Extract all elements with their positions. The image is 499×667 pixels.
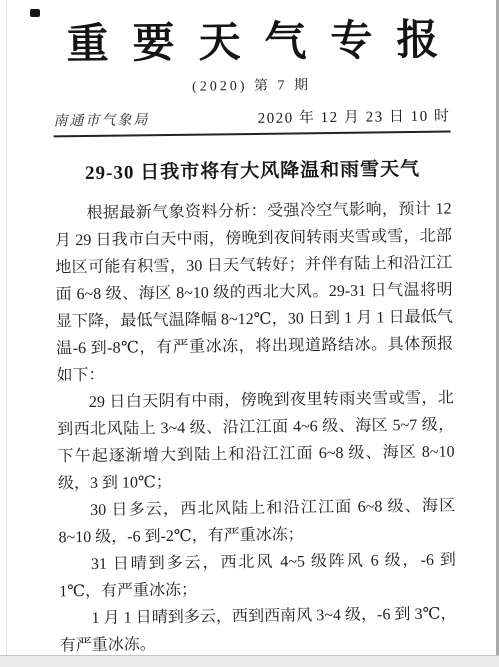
- document-title: 重要天气专报: [52, 18, 450, 69]
- header-divider: [54, 131, 451, 138]
- body-paragraph: 30 日多云，西北风陆上和沿江江面 6~8 级、海区 8~10 级，-6 到-2…: [58, 493, 456, 552]
- header-meta-row: 南通市气象局 2020 年 12 月 23 日 10 时: [53, 105, 450, 131]
- document-page: 重要天气专报 (2020) 第 7 期 南通市气象局 2020 年 12 月 2…: [0, 0, 499, 667]
- bulletin-headline: 29-30 日我市将有大风降温和雨雪天气: [54, 154, 451, 186]
- photo-edge-bottom: [0, 655, 499, 667]
- body-paragraph: 1 月 1 日晴到多云，西到西南风 3~4 级，-6 到 3℃，有严重冰冻。: [59, 601, 457, 660]
- bulletin-body: 根据最新气象资料分析：受强冷空气影响，预计 12 月 29 日我市白天中雨，傍晚…: [54, 196, 457, 660]
- body-paragraph: 31 日晴到多云，西北风 4~5 级阵风 6 级，-6 到 1℃，有严重冰冻；: [59, 547, 457, 606]
- body-paragraph: 根据最新气象资料分析：受强冷空气影响，预计 12 月 29 日我市白天中雨，傍晚…: [54, 196, 453, 390]
- document-content: 重要天气专报 (2020) 第 7 期 南通市气象局 2020 年 12 月 2…: [0, 0, 499, 660]
- issue-number: (2020) 第 7 期: [53, 73, 450, 98]
- issue-datetime: 2020 年 12 月 23 日 10 时: [258, 105, 451, 128]
- body-paragraph: 29 日白天阴有中雨，傍晚到夜里转雨夹雪或雪，北到西北风陆上 3~4 级、沿江江…: [57, 385, 455, 498]
- issuing-agency: 南通市气象局: [53, 109, 149, 130]
